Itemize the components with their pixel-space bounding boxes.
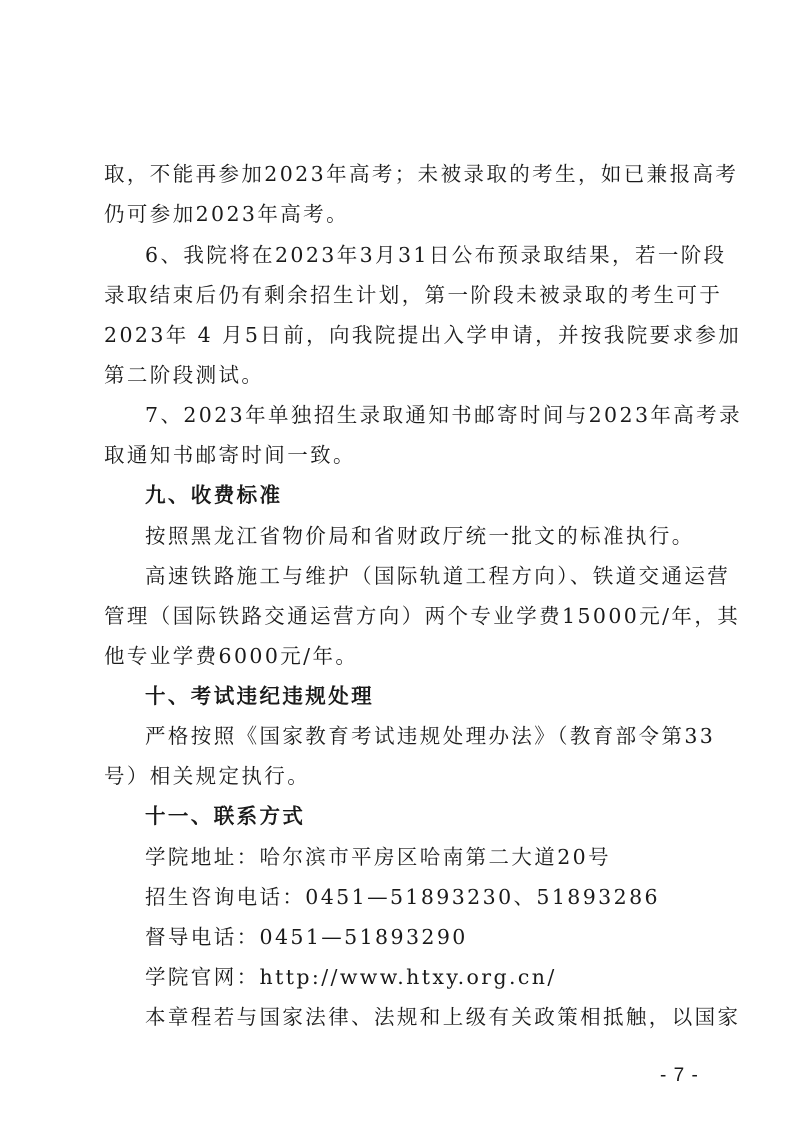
text-line: 取，不能再参加2023年高考；未被录取的考生，如已兼报高考 <box>104 160 700 188</box>
text-line: 学院官网：http://www.htxy.org.cn/ <box>145 963 700 991</box>
text-line: 7、2023年单独招生录取通知书邮寄时间与2023年高考录 <box>145 401 700 429</box>
text-line: 2023年 4 月5日前，向我院提出入学申请，并按我院要求参加 <box>104 321 700 349</box>
text-line: 管理（国际铁路交通运营方向）两个专业学费15000元/年，其 <box>104 602 700 630</box>
text-line: 仍可参加2023年高考。 <box>104 200 700 228</box>
text-line: 第二阶段测试。 <box>104 361 700 389</box>
text-line: 学院地址：哈尔滨市平房区哈南第二大道20号 <box>145 843 700 871</box>
section-heading: 十、考试违纪违规处理 <box>145 682 700 710</box>
section-heading: 十一、联系方式 <box>145 802 700 830</box>
text-line: 号）相关规定执行。 <box>104 762 700 790</box>
page-number: - 7 - <box>660 1065 699 1087</box>
text-line: 督导电话：0451—51893290 <box>145 923 700 951</box>
section-heading: 九、收费标准 <box>145 481 700 509</box>
text-line: 高速铁路施工与维护（国际轨道工程方向）、铁道交通运营 <box>145 562 700 590</box>
text-line: 他专业学费6000元/年。 <box>104 642 700 670</box>
text-line: 本章程若与国家法律、法规和上级有关政策相抵触，以国家 <box>145 1003 700 1031</box>
document-page: 取，不能再参加2023年高考；未被录取的考生，如已兼报高考仍可参加2023年高考… <box>0 0 800 1132</box>
text-line: 按照黑龙江省物价局和省财政厅统一批文的标准执行。 <box>145 522 700 550</box>
text-line: 取通知书邮寄时间一致。 <box>104 441 700 469</box>
text-line: 6、我院将在2023年3月31日公布预录取结果，若一阶段 <box>145 241 700 269</box>
text-line: 招生咨询电话：0451—51893230、51893286 <box>145 883 700 911</box>
text-line: 录取结束后仍有剩余招生计划，第一阶段未被录取的考生可于 <box>104 281 700 309</box>
text-line: 严格按照《国家教育考试违规处理办法》（教育部令第33 <box>145 722 700 750</box>
